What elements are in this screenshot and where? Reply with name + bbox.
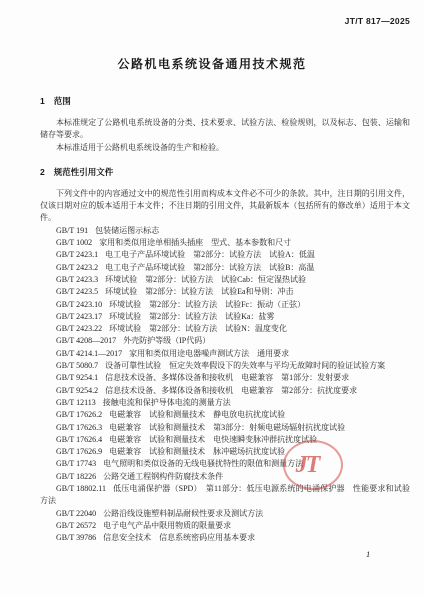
reference-title: 电磁兼容 试验和测量技术 第3部分：射频电磁场辐射抗扰度试验 bbox=[109, 423, 345, 432]
reference-code: GB/T 22040 bbox=[56, 509, 96, 518]
reference-code: GB/T 2423.2 bbox=[56, 263, 98, 272]
reference-item: GB/T 2423.17环境试验 第2部分：试验方法 试验Ka：盐雾 bbox=[40, 311, 410, 323]
reference-title: 电气照明和类似设备的无线电骚扰特性的限值和测量方法 bbox=[103, 459, 303, 468]
reference-title: 电磁兼容 试验和测量技术 脉冲磁场抗扰度试验 bbox=[109, 447, 285, 456]
reference-title: 设备可靠性试验 恒定失效率假设下的失效率与平均无故障时间的验证试验方案 bbox=[105, 361, 385, 370]
reference-item: GB/T 2423.3环境试验 第2部分：试验方法 试验Cab：恒定湿热试验 bbox=[40, 274, 410, 286]
reference-title: 电工电子产品环境试验 第2部分：试验方法 试验A：低温 bbox=[105, 250, 315, 259]
reference-item: GB/T 2423.2电工电子产品环境试验 第2部分：试验方法 试验B：高温 bbox=[40, 262, 410, 274]
section-heading-normative-references: 2规范性引用文件 bbox=[40, 166, 410, 178]
reference-code: GB/T 17626.2 bbox=[56, 410, 102, 419]
reference-code: GB/T 17743 bbox=[56, 459, 96, 468]
section-title: 范围 bbox=[54, 96, 71, 106]
document-page: JT/T 817—2025 公路机电系统设备通用技术规范 1范围 本标准规定了公… bbox=[0, 0, 424, 597]
reference-title: 环境试验 第2部分：试验方法 试验Cab：恒定湿热试验 bbox=[105, 275, 306, 284]
reference-item: GB/T 9254.1信息技术设备、多媒体设备和接收机 电磁兼容 第1部分：发射… bbox=[40, 372, 410, 384]
reference-item: GB/T 18226公路交通工程钢构件防腐技术条件 bbox=[40, 471, 410, 483]
reference-item: GB/T 17626.3电磁兼容 试验和测量技术 第3部分：射频电磁场辐射抗扰度… bbox=[40, 422, 410, 434]
reference-title: 接触电流和保护导体电流的测量方法 bbox=[103, 398, 231, 407]
reference-code: GB/T 18226 bbox=[56, 472, 96, 481]
reference-code: GB/T 2423.22 bbox=[56, 324, 102, 333]
reference-title: 信息技术设备、多媒体设备和接收机 电磁兼容 第1部分：发射要求 bbox=[105, 373, 349, 382]
reference-item: GB/T 2423.5环境试验 第2部分：试验方法 试验Ea和导则：冲击 bbox=[40, 286, 410, 298]
reference-item: GB/T 5080.7设备可靠性试验 恒定失效率假设下的失效率与平均无故障时间的… bbox=[40, 360, 410, 372]
reference-item: GB/T 17626.2电磁兼容 试验和测量技术 静电放电抗扰度试验 bbox=[40, 409, 410, 421]
reference-code: GB/T 2423.5 bbox=[56, 287, 98, 296]
reference-code: GB/T 191 bbox=[56, 226, 88, 235]
reference-item: GB/T 12113接触电流和保护导体电流的测量方法 bbox=[40, 397, 410, 409]
reference-code: GB/T 39786 bbox=[56, 533, 96, 542]
reference-title: 信息安全技术 信息系统密码应用基本要求 bbox=[103, 533, 255, 542]
reference-title: 公路沿线设施塑料制品耐候性要求及测试方法 bbox=[103, 509, 263, 518]
reference-code: GB/T 9254.1 bbox=[56, 373, 98, 382]
reference-item: GB/T 17626.4电磁兼容 试验和测量技术 电快速瞬变脉冲群抗扰度试验 bbox=[40, 434, 410, 446]
reference-code: GB/T 5080.7 bbox=[56, 361, 98, 370]
reference-title: 外壳防护等级（IP代码） bbox=[123, 336, 210, 345]
scope-paragraph: 本标准规定了公路机电系统设备的分类、技术要求、试验方法、检验规则，以及标志、包装… bbox=[40, 117, 410, 142]
reference-item: GB/T 2423.22环境试验 第2部分：试验方法 试验N：温度变化 bbox=[40, 323, 410, 335]
reference-code: GB/T 17626.3 bbox=[56, 423, 102, 432]
reference-item: GB/T 18802.11低压电涌保护器（SPD） 第11部分：低压电源系统的电… bbox=[40, 483, 410, 508]
reference-code: GB/T 17626.9 bbox=[56, 447, 102, 456]
reference-title: 环境试验 第2部分：试验方法 试验Ea和导则：冲击 bbox=[105, 287, 293, 296]
reference-title: 电工电子产品环境试验 第2部分：试验方法 试验B：高温 bbox=[105, 263, 314, 272]
section-number: 2 bbox=[40, 167, 45, 177]
reference-item: GB/T 17743电气照明和类似设备的无线电骚扰特性的限值和测量方法 bbox=[40, 458, 410, 470]
reference-item: GB/T 9254.2信息技术设备、多媒体设备和接收机 电磁兼容 第2部分：抗扰… bbox=[40, 385, 410, 397]
reference-item: GB/T 2423.10环境试验 第2部分：试验方法 试验Fc：振动（正弦） bbox=[40, 299, 410, 311]
reference-list: GB/T 191包装储运图示标志 GB/T 1002家用和类似用途单相插头插座 … bbox=[40, 225, 410, 545]
reference-code: GB/T 2423.1 bbox=[56, 250, 98, 259]
reference-code: GB/T 12113 bbox=[56, 398, 96, 407]
section-number: 1 bbox=[40, 96, 45, 106]
reference-code: GB/T 2423.17 bbox=[56, 312, 102, 321]
reference-title: 电磁兼容 试验和测量技术 电快速瞬变脉冲群抗扰度试验 bbox=[109, 435, 317, 444]
reference-title: 信息技术设备、多媒体设备和接收机 电磁兼容 第2部分：抗扰度要求 bbox=[105, 386, 357, 395]
reference-item: GB/T 17626.9电磁兼容 试验和测量技术 脉冲磁场抗扰度试验 bbox=[40, 446, 410, 458]
reference-code: GB/T 17626.4 bbox=[56, 435, 102, 444]
reference-title: 公路交通工程钢构件防腐技术条件 bbox=[103, 472, 223, 481]
reference-code: GB/T 2423.10 bbox=[56, 300, 102, 309]
reference-code: GB/T 2423.3 bbox=[56, 275, 98, 284]
section-heading-scope: 1范围 bbox=[40, 95, 410, 107]
reference-code: GB/T 18802.11 bbox=[56, 484, 106, 493]
reference-title: 包装储运图示标志 bbox=[95, 226, 159, 235]
reference-code: GB/T 9254.2 bbox=[56, 386, 98, 395]
reference-item: GB/T 2423.1电工电子产品环境试验 第2部分：试验方法 试验A：低温 bbox=[40, 249, 410, 261]
page-title: 公路机电系统设备通用技术规范 bbox=[0, 55, 424, 72]
reference-title: 电磁兼容 试验和测量技术 静电放电抗扰度试验 bbox=[109, 410, 285, 419]
reference-title: 环境试验 第2部分：试验方法 试验Fc：振动（正弦） bbox=[109, 300, 305, 309]
reference-item: GB/T 1002家用和类似用途单相插头插座 型式、基本参数和尺寸 bbox=[40, 237, 410, 249]
reference-code: GB/T 4214.1—2017 bbox=[56, 349, 122, 358]
standard-number: JT/T 817—2025 bbox=[345, 16, 410, 26]
reference-item: GB/T 26572电子电气产品中限用物质的限量要求 bbox=[40, 520, 410, 532]
reference-title: 环境试验 第2部分：试验方法 试验N：温度变化 bbox=[109, 324, 287, 333]
reference-item: GB/T 191包装储运图示标志 bbox=[40, 225, 410, 237]
reference-title: 家用和类似用途单相插头插座 型式、基本参数和尺寸 bbox=[99, 238, 291, 247]
reference-item: GB/T 4214.1—2017家用和类似用途电器噪声测试方法 通用要求 bbox=[40, 348, 410, 360]
references-intro-paragraph: 下列文件中的内容通过文中的规范性引用而构成本文件必不可少的条款。其中，注日期的引… bbox=[40, 188, 410, 225]
reference-title: 环境试验 第2部分：试验方法 试验Ka：盐雾 bbox=[109, 312, 274, 321]
page-number: 1 bbox=[366, 549, 370, 559]
reference-code: GB/T 26572 bbox=[56, 521, 96, 530]
reference-code: GB/T 4208—2017 bbox=[56, 336, 116, 345]
section-title: 规范性引用文件 bbox=[54, 167, 114, 177]
document-body: 1范围 本标准规定了公路机电系统设备的分类、技术要求、试验方法、检验规则，以及标… bbox=[40, 95, 410, 545]
reference-item: GB/T 22040公路沿线设施塑料制品耐候性要求及测试方法 bbox=[40, 508, 410, 520]
reference-item: GB/T 4208—2017外壳防护等级（IP代码） bbox=[40, 335, 410, 347]
reference-title: 电子电气产品中限用物质的限量要求 bbox=[103, 521, 231, 530]
reference-title: 家用和类似用途电器噪声测试方法 通用要求 bbox=[129, 349, 289, 358]
reference-code: GB/T 1002 bbox=[56, 238, 92, 247]
scope-paragraph: 本标准适用于公路机电系统设备的生产和检验。 bbox=[40, 142, 410, 154]
reference-item: GB/T 39786信息安全技术 信息系统密码应用基本要求 bbox=[40, 532, 410, 544]
